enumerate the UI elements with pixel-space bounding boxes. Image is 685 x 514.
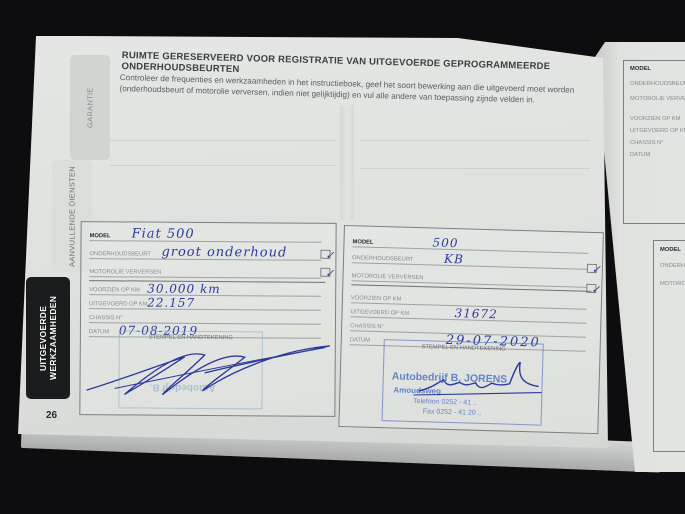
rp2-onderhoud-label: ONDERHOUDSBEURT <box>660 263 685 269</box>
service-entry-card: MODEL Fiat 500 ONDERHOUDSBEURT groot ond… <box>79 221 336 417</box>
stamp-signature-area: STEMPEL EN HANDTEKENING Autobedrijf B. J… <box>382 339 544 425</box>
tab-uitgevoerde-werkzaamheden[interactable]: Uitgevoerde werkzaamheden <box>26 277 70 399</box>
rp2-model-label: MODEL <box>660 247 681 253</box>
check-icon: ✓ <box>325 249 334 262</box>
model-value: Fiat 500 <box>132 226 195 241</box>
center-gutter <box>340 105 354 220</box>
onderhoudsbeurt-value: KB <box>444 252 464 267</box>
rp-datum-label: DATUM <box>630 152 650 158</box>
onderhoudsbeurt-field[interactable]: ONDERHOUDSBEURT groot onderhoud ✓ <box>89 244 321 261</box>
model-label: MODEL <box>352 239 373 246</box>
datum-label: DATUM <box>350 337 370 344</box>
chassis-label: CHASSIS N° <box>89 315 123 321</box>
check-icon: ✓ <box>591 283 601 296</box>
onderhoudsbeurt-label: ONDERHOUDSBEURT <box>352 255 414 263</box>
voorzien-km-label: VOORZIEN OP km <box>89 287 140 293</box>
stamp-phone: Telefoon 0252 - 41 .. <box>413 398 477 407</box>
rp-voorzien-label: VOORZIEN OP km <box>630 116 680 122</box>
model-field[interactable]: MODEL Fiat 500 <box>90 226 322 243</box>
service-entry-card: MODEL 500 ONDERHOUDSBEURT KB ✓ MOTOROLIE… <box>338 225 604 434</box>
stamp-address: Amoudsweg <box>393 385 441 395</box>
motorolie-label: MOTOROLIE VERVERSEN <box>351 273 423 281</box>
onderhoudsbeurt-value: groot onderhoud <box>161 245 287 261</box>
rp-motorolie-label: MOTOROLIE VERVERSEN <box>630 96 685 102</box>
ghost-line <box>360 140 590 141</box>
right-page-card-top: MODEL ONDERHOUDSBEURT MOTOROLIE VERVERSE… <box>623 60 685 224</box>
datum-label: DATUM <box>89 329 109 335</box>
uitgevoerd-km-label: UITGEVOERD OP km <box>89 301 148 307</box>
model-value: 500 <box>432 235 458 250</box>
stamp-text: Autobedrijf B. <box>149 382 215 393</box>
rp-onderhoud-label: ONDERHOUDSBEURT <box>630 81 685 87</box>
onderhoudsbeurt-label: ONDERHOUDSBEURT <box>89 251 150 257</box>
check-icon: ✓ <box>591 263 601 276</box>
rp2-motorolie-label: MOTOROLIE VERVERSEN <box>660 281 685 287</box>
right-page: MODEL ONDERHOUDSBEURT MOTOROLIE VERVERSE… <box>595 42 685 472</box>
right-page-card-bottom: MODEL ONDERHOUDSBEURT MOTOROLIE VERVERSE… <box>653 240 685 452</box>
tab-garantie[interactable]: Garantie <box>70 55 110 160</box>
stamp-signature-area: STEMPEL EN HANDTEKENING Autobedrijf B. <box>118 330 263 409</box>
ghost-line <box>110 140 335 141</box>
chassis-label: CHASSIS N° <box>350 323 384 330</box>
rp-uitgevoerd-label: UITGEVOERD OP km <box>630 128 685 134</box>
page-number: 26 <box>46 410 57 421</box>
check-icon: ✓ <box>325 267 334 280</box>
stamp-label: STEMPEL EN HANDTEKENING <box>385 343 543 353</box>
rp-chassis-label: CHASSIS N° <box>630 140 664 146</box>
ghost-line <box>110 165 335 166</box>
model-label: MODEL <box>90 233 111 239</box>
stamp-fax: Fax 0252 - 41 20 .. <box>423 408 482 417</box>
motorolie-label: MOTOROLIE VERVERSEN <box>89 269 161 276</box>
stamp-label: STEMPEL EN HANDTEKENING <box>120 334 262 341</box>
stamp-company-name: Autobedrijf B. JORENS <box>392 370 508 385</box>
ghost-line <box>360 168 590 169</box>
motorolie-field[interactable]: MOTOROLIE VERVERSEN ✓ <box>89 262 321 279</box>
rp-model-label: MODEL <box>630 66 651 72</box>
